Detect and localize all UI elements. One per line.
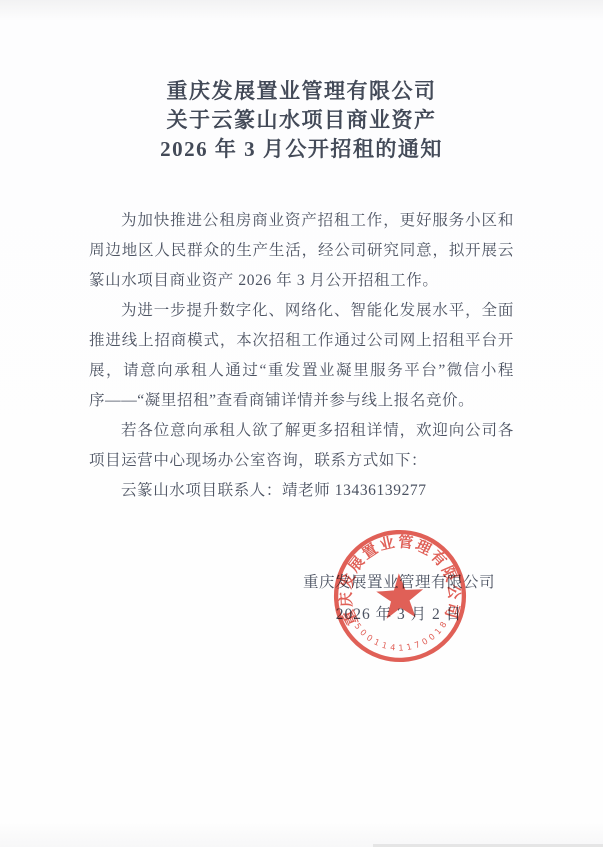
doc-title-line1: 重庆发展置业管理有限公司	[0, 77, 603, 106]
body-line: 篆山水项目商业资产 2026 年 3 月公开招租工作。	[89, 266, 514, 296]
doc-title-line3: 2026 年 3 月公开招租的通知	[0, 135, 603, 164]
doc-title: 重庆发展置业管理有限公司 关于云篆山水项目商业资产 2026 年 3 月公开招租…	[0, 77, 603, 164]
scanned-notice-page: 重庆发展置业管理有限公司 关于云篆山水项目商业资产 2026 年 3 月公开招租…	[0, 0, 603, 847]
body-line: 为加快推进公租房商业资产招租工作，更好服务小区和	[89, 206, 514, 236]
doc-body: 为加快推进公租房商业资产招租工作，更好服务小区和 周边地区人民群众的生产生活，经…	[89, 206, 514, 506]
body-line: 项目运营中心现场办公室咨询，联系方式如下：	[89, 446, 514, 476]
body-line: 序——“凝里招租”查看商铺详情并参与线上报名竞价。	[89, 386, 514, 416]
body-line: 云篆山水项目联系人：靖老师 13436139277	[89, 476, 514, 506]
body-line: 为进一步提升数字化、网络化、智能化发展水平，全面	[89, 296, 514, 326]
body-line: 展，请意向承租人通过“重发置业凝里服务平台”微信小程	[89, 356, 514, 386]
body-line: 周边地区人民群众的生产生活，经公司研究同意，拟开展云	[89, 236, 514, 266]
body-line: 推进线上招商模式，本次招租工作通过公司网上招租平台开	[89, 326, 514, 356]
official-red-seal: 重庆发展置业管理有限公司 5001141170018	[329, 525, 472, 668]
seal-star-icon	[375, 572, 424, 619]
doc-title-line2: 关于云篆山水项目商业资产	[0, 106, 603, 135]
body-line: 若各位意向承租人欲了解更多招租详情，欢迎向公司各	[89, 416, 514, 446]
